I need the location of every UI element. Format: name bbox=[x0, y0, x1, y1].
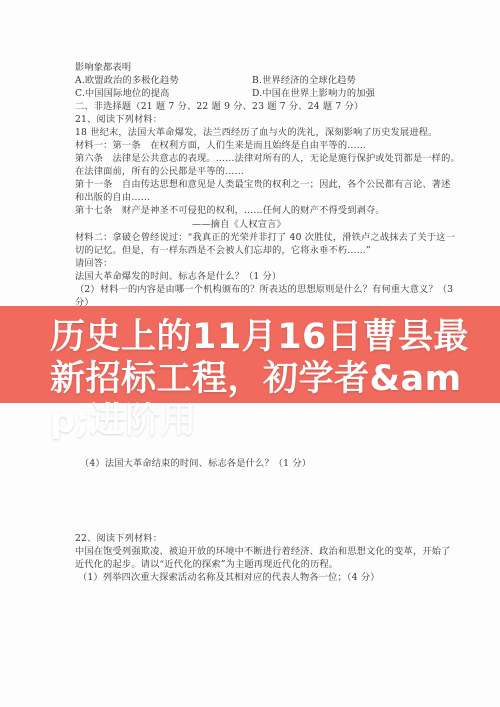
q21-sub2: （2）材料一的内容是由哪一个机构颁布的？所表达的思想原则是什么？有何重大意义？（… bbox=[75, 284, 453, 296]
section-two-heading: 二、非选择题（21 题 7 分、22 题 9 分、23 题 7 分、24 题 7… bbox=[75, 101, 363, 113]
exam-page: 影响象都表明 A.欧盟政治的多极化趋势 B.世界经济的全球化趋势 C.中国国际地… bbox=[0, 0, 500, 707]
q22-line: 中国在饱受列强欺凌、被迫开放的环境中不断进行着经济、政治和思想文化的变革，开始了 bbox=[75, 546, 451, 558]
q21-intro: 18 世纪末，法国大革命爆发，法兰西经历了血与火的洗礼，深刻影响了历史发展进程。 bbox=[75, 127, 438, 139]
option-c: C.中国国际地位的提高 bbox=[75, 88, 170, 100]
material1-source: ——摘自《人权宣言》 bbox=[192, 219, 286, 231]
material1-line: 第十七条 财产是神圣不可侵犯的权利，……任何人的财产不得受到剥夺。 bbox=[75, 205, 385, 217]
option-b: B.世界经济的全球化趋势 bbox=[252, 75, 356, 87]
material1-line: 和出版的自由…… bbox=[75, 192, 150, 204]
q22-sub1: （1）列举四次重大探索活动名称及其相对应的代表人物各一位；（4 分） bbox=[78, 572, 380, 584]
material2-line: 切的记忆。但是，有一样东西是不会被人们忘却的，它将永垂不朽……” bbox=[75, 245, 371, 257]
q21-sub1: 法国大革命爆发的时间、标志各是什么？（1 分） bbox=[75, 271, 281, 283]
q22-heading: 22、阅读下列材料： bbox=[75, 533, 162, 545]
option-d: D.中国在世界上影响力的加强 bbox=[252, 88, 375, 100]
answer-prompt: 请回答： bbox=[75, 258, 113, 270]
option-a: A.欧盟政治的多极化趋势 bbox=[75, 75, 179, 87]
q22-line: 近代化的起步。请以“近代化的探索”为主题再现近代化的历程。 bbox=[75, 559, 338, 571]
q21-heading: 21、阅读下列材料： bbox=[75, 114, 162, 126]
question-tail: 影响象都表明 bbox=[75, 62, 131, 74]
material2-line: 材料二：拿破仑曾经说过：“我真正的光荣并非打了 40 次胜仗，滑铁卢之战抹去了关… bbox=[75, 232, 455, 244]
headline-title: 历史上的11月16日曹县最新招标工程，初学者&amp;进阶用 bbox=[50, 316, 470, 442]
headline-banner: 历史上的11月16日曹县最新招标工程，初学者&amp;进阶用 bbox=[0, 306, 500, 403]
material1-line: 第六条 法律是公共意志的表现。……法律对所有的人，无论是施行保护或处罚都是一样的… bbox=[75, 153, 460, 165]
material1-line: 在法律面前，所有的公民都是平等的…… bbox=[75, 166, 244, 178]
material1-line: 材料一：第一条 在权利方面，人们生来是而且始终是自由平等的…… bbox=[75, 140, 366, 152]
q21-sub4: （4）法国大革命结束的时间、标志各是什么？（1 分） bbox=[80, 458, 311, 470]
material1-line: 第十一条 自由传达思想和意见是人类最宝贵的权利之一；因此，各个公民都有言论、著述 bbox=[75, 179, 451, 191]
